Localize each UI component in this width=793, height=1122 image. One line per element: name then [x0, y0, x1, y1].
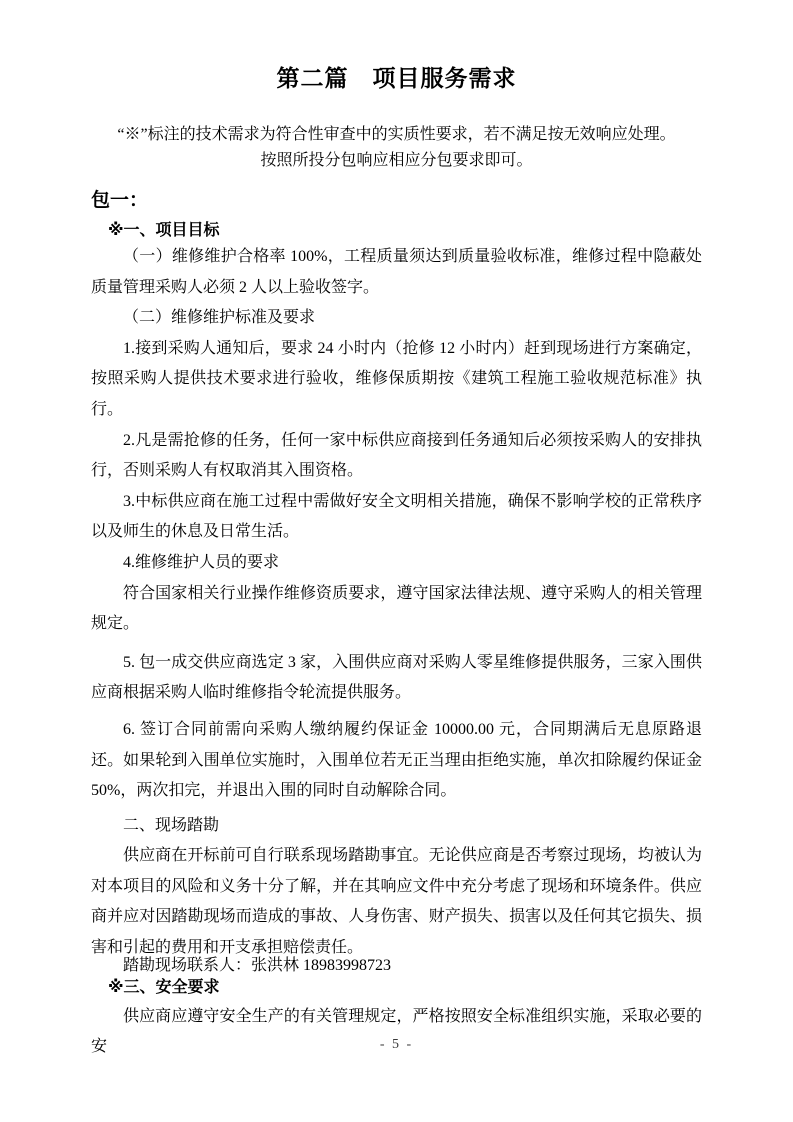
requirement-item-4-body: 符合国家相关行业操作维修资质要求，遵守国家法律法规、遵守采购人的相关管理规定。: [91, 579, 702, 640]
footer-page-number: - 5 -: [0, 1036, 793, 1054]
requirement-item-2: 2.凡是需抢修的任务，任何一家中标供应商接到任务通知后必须按采购人的安排执行，否…: [91, 426, 702, 487]
package-1-heading: 包一：: [91, 186, 702, 214]
section-1-paragraph-1: （一）维修维护合格率 100%，工程质量须达到质量验收标准，维修过程中隐蔽处质量…: [91, 242, 702, 303]
section-3-heading: ※三、安全要求: [91, 976, 702, 998]
section-1-heading: ※一、项目目标: [91, 218, 702, 242]
section-2-heading: 二、现场踏勘: [91, 811, 702, 842]
notice-line-1: “※”标注的技术需求为符合性审查中的实质性要求，若不满足按无效响应处理。: [91, 122, 702, 148]
requirement-item-3: 3.中标供应商在施工过程中需做好安全文明相关措施，确保不影响学校的正常秩序以及师…: [91, 487, 702, 548]
page-title: 第二篇 项目服务需求: [91, 62, 702, 96]
section-2-body: 供应商在开标前可自行联系现场踏勘事宜。无论供应商是否考察过现场，均被认为对本项目…: [91, 841, 702, 963]
document-page: 第二篇 项目服务需求 “※”标注的技术需求为符合性审查中的实质性要求，若不满足按…: [0, 0, 793, 1122]
requirement-item-4-heading: 4.维修维护人员的要求: [91, 548, 702, 579]
requirement-item-5: 5. 包一成交供应商选定 3 家，入围供应商对采购人零星维修提供服务，三家入围供…: [91, 648, 702, 709]
requirement-item-6: 6. 签订合同前需向采购人缴纳履约保证金 10000.00 元，合同期满后无息原…: [91, 715, 702, 807]
requirement-item-1: 1.接到采购人通知后，要求 24 小时内（抢修 12 小时内）赶到现场进行方案确…: [91, 334, 702, 426]
notice-block: “※”标注的技术需求为符合性审查中的实质性要求，若不满足按无效响应处理。 按照所…: [91, 122, 702, 174]
section-1-paragraph-2-heading: （二）维修维护标准及要求: [91, 303, 702, 334]
notice-line-2: 按照所投分包响应相应分包要求即可。: [91, 148, 702, 174]
site-survey-contact-line: 踏勘现场联系人：张洪林 18983998723: [91, 956, 702, 976]
